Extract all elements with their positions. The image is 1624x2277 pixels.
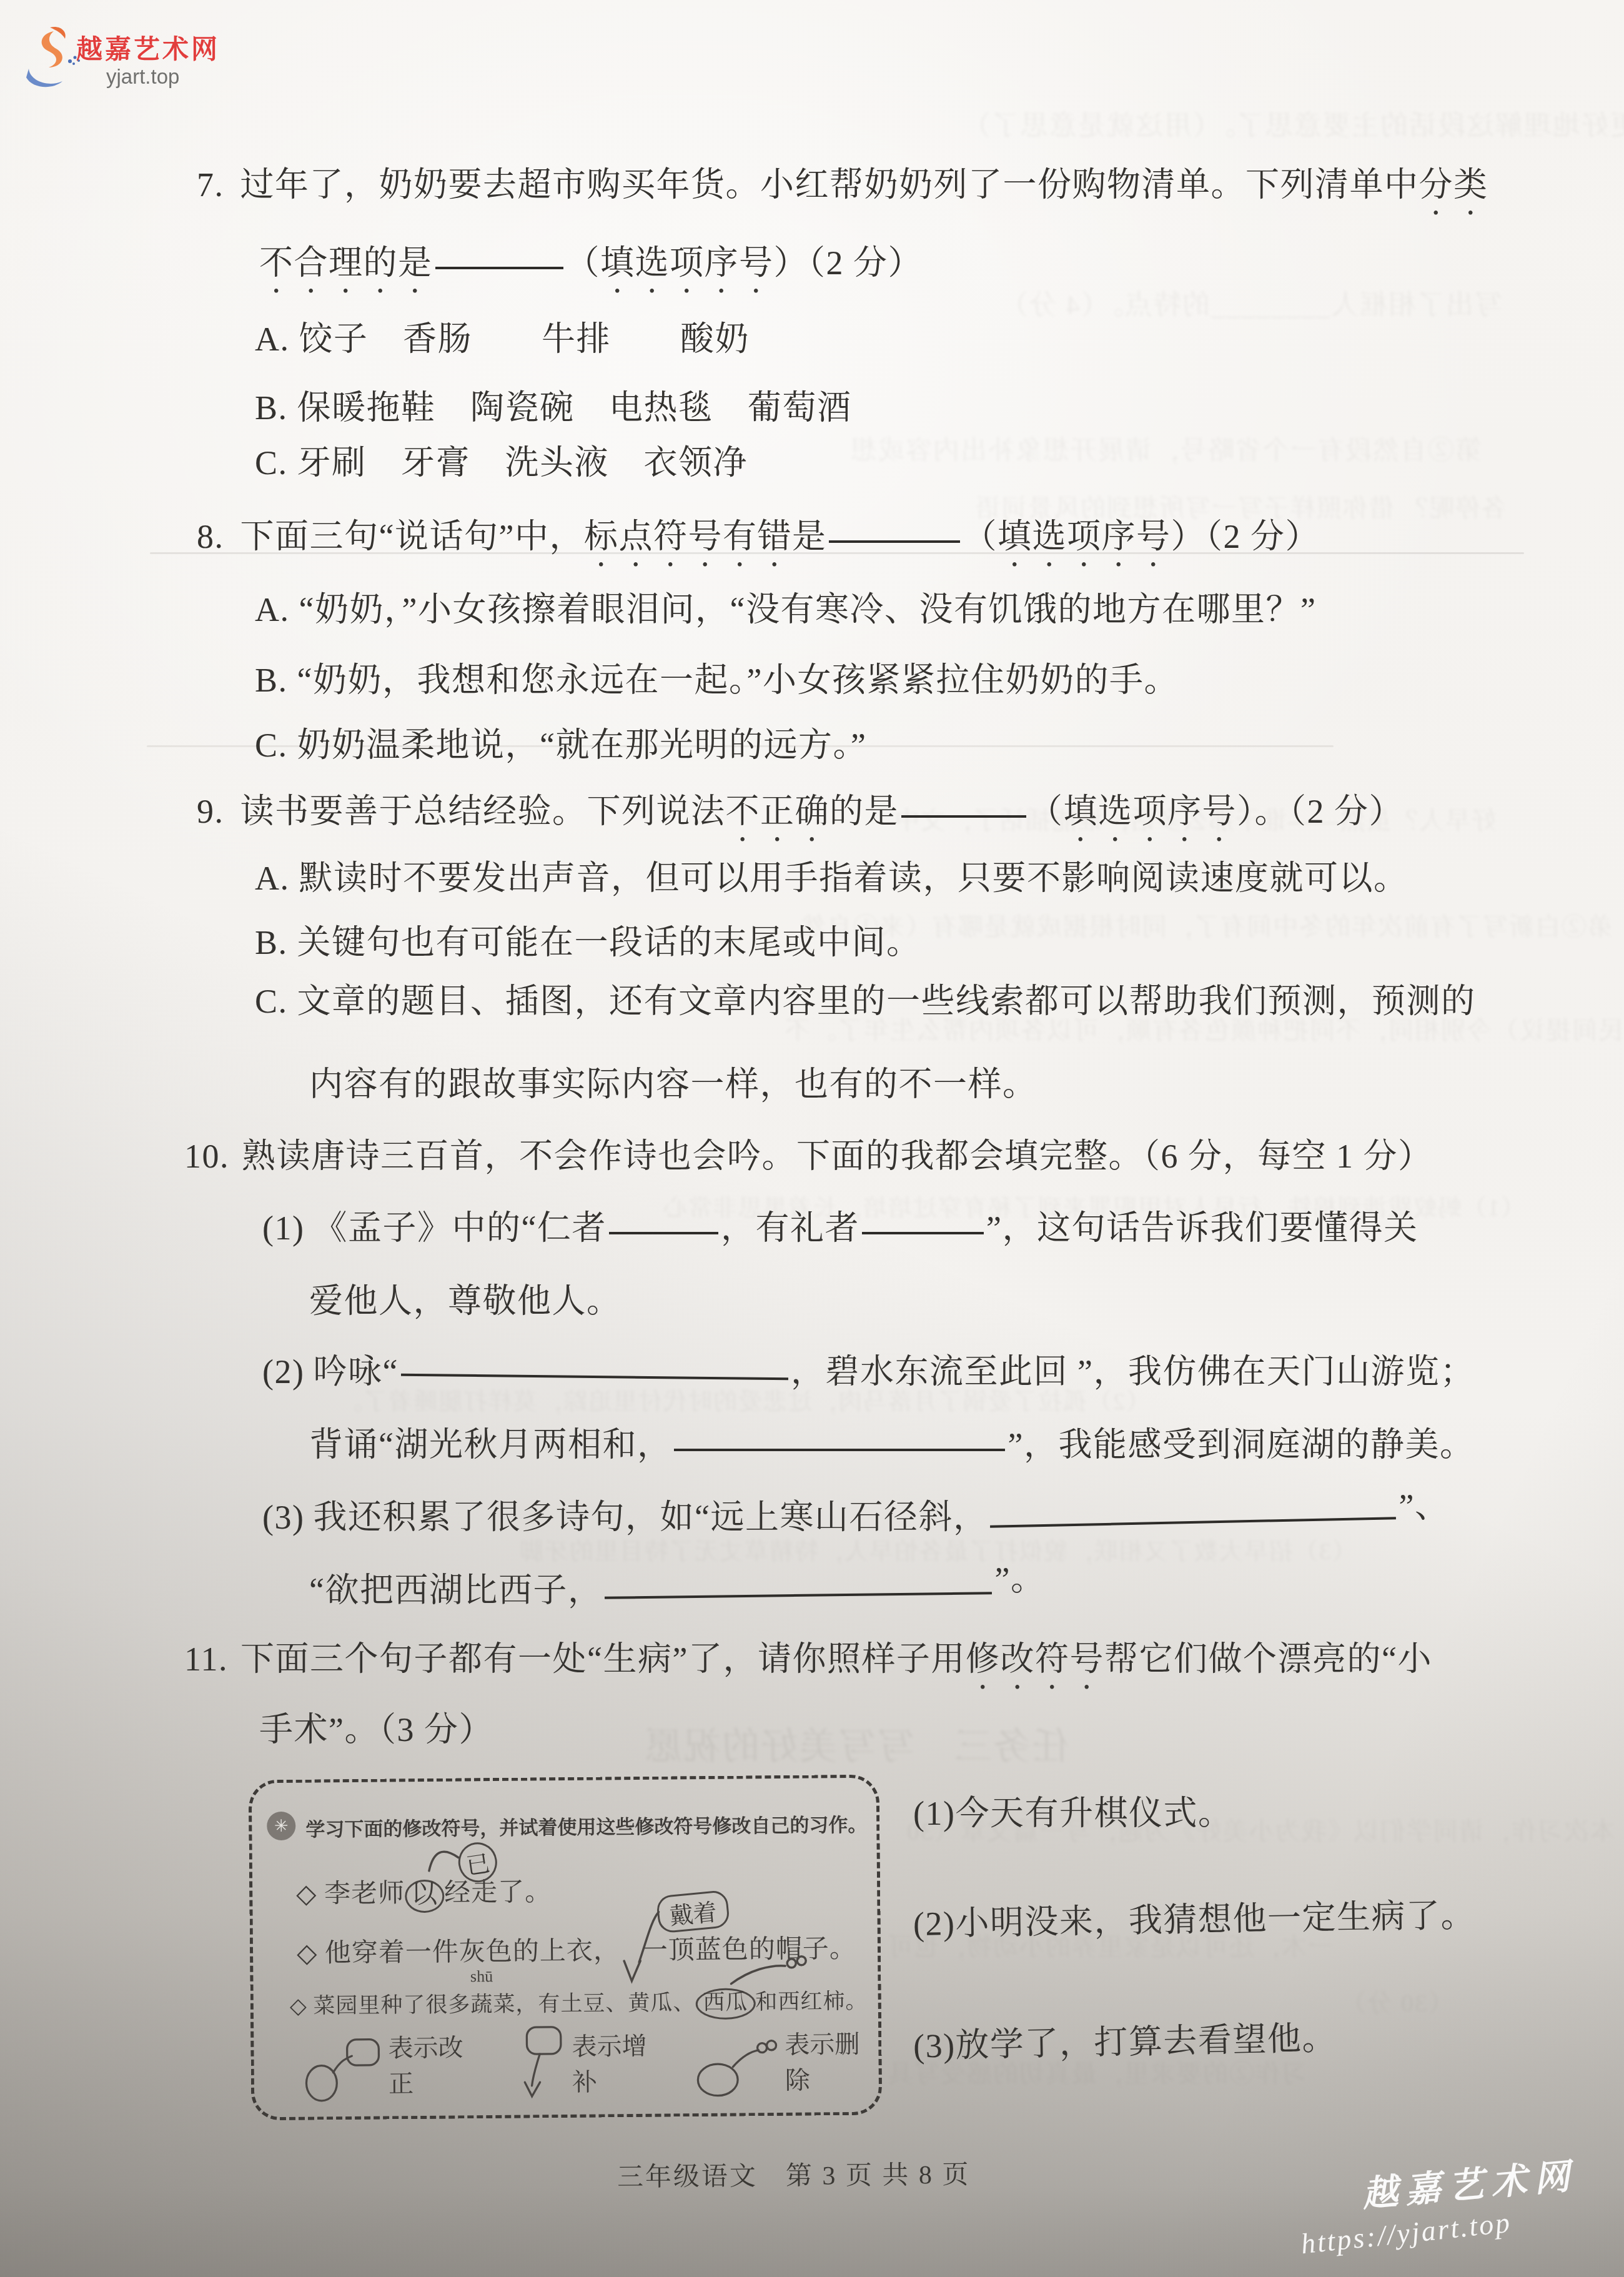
question-10-sub2-line1: (2)吟咏“，碧水东流至此回 ”，我仿佛在天门山游览； [262,1352,1475,1391]
note-badge-icon: ✳ [267,1812,295,1840]
text: ，有礼者 [721,1209,859,1247]
question-8-text: 下面三句“说话句”中， [240,518,584,555]
diamond-bullet-icon: ◇ [296,1880,317,1908]
paren: （ [1029,793,1064,830]
pinyin-annotation: shū [470,1967,493,1986]
question-9-text2: 的是 [829,793,899,830]
answer-blank [435,267,563,269]
question-10-number: 10. [184,1137,229,1176]
question-10-sub3-line2: “欲把西湖比西子，”。 [309,1571,1045,1610]
text: 菜，有土豆、黄瓜、 [493,1990,695,2017]
answer-blank [829,540,960,543]
paren: （ [963,518,998,555]
question-10-title: 10.熟读唐诗三百首，不会作诗也会吟。下面的我都会填完整。（6 分，每空 1 分… [184,1137,1433,1176]
box-example-correction: ◇ 李老师以经走了。 [296,1871,552,1913]
text: ”，这句话告诉我们要懂得关 [986,1209,1418,1247]
question-9-option-c-line2: 内容有的跟故事实际内容一样，也有的不一样。 [309,1065,1037,1104]
question-10-sub2-line2: 背诵“湖光秋月两相和，”，我能感受到洞庭湖的静美。 [309,1426,1474,1464]
question-8-option-b: B. “奶奶，我想和您永远在一起。”小女孩紧紧拉住奶奶的手。 [255,661,1179,700]
text: 《孟子》中的“仁者 [313,1209,606,1247]
fix-sentence-1: (1)今天有升棋仪式。 [913,1794,1232,1833]
question-8-number: 8. [197,517,224,556]
question-9-number: 9. [197,792,224,831]
text: 他穿着一件灰色的上衣， [325,1937,620,1968]
sub-number: (1) [262,1209,304,1248]
answer-blank [609,1232,718,1234]
fill-hint: 填选项序号 [1064,793,1237,830]
question-10-sub1-line2: 爱他人，尊敬他人。 [309,1282,621,1321]
question-9-emphasis: 不正确 [726,793,830,830]
exam-content: 7.过年了，奶奶要去超市购买年货。小红帮奶奶列了一份购物清单。下列清单中分类 不… [0,0,1624,2277]
text: 和西红柿。 [755,1989,868,2015]
question-8-text2: 是 [792,518,827,555]
legend-row: 表示改正 表示增补 [302,2017,879,2105]
legend-insertion: 表示增补 [509,2019,666,2103]
insertion-bubble: 戴着 [656,1890,730,1934]
text: 吟咏“ [313,1353,398,1391]
question-11-number: 11. [184,1640,228,1679]
question-9-line1: 9.读书要善于总结经验。下列说法不正确的是（填选项序号）。（2 分） [197,792,1404,849]
question-8-option-c: C. 奶奶温柔地说，“就在那光明的远方。” [255,726,866,765]
fill-hint: 填选项序号 [600,244,774,282]
text: 下面三个句子都有一处“生病”了，请你照样子用 [240,1640,966,1678]
diamond-bullet-icon: ◇ [290,1994,307,2018]
question-7-line2: 不合理的是（填选项序号）（2 分） [259,244,923,300]
text: ，碧水东流至此回 ”，我仿佛在天门山游览； [791,1353,1475,1391]
insertion-symbol-icon [509,2020,568,2103]
question-7-option-c: C. 牙刷 牙膏 洗头液 衣领净 [255,444,748,482]
question-8-line1: 8.下面三句“说话句”中，标点符号有错是（填选项序号）（2 分） [197,517,1320,574]
legend-label: 表示改正 [388,2028,482,2100]
fix-sentence-2: (2)小明没来，我猜想他一定生病了。 [913,1896,1476,1943]
score: ）（2 分） [774,244,923,282]
fill-hint: 填选项序号 [998,518,1171,555]
question-7-stem: 不合理的是 [259,244,433,282]
legend-deletion: 表示删除 [693,2025,879,2101]
sub-number: (3) [262,1498,304,1537]
question-11-line1: 11.下面三个句子都有一处“生病”了，请你照样子用修改符号帮它们做个漂亮的“小 [184,1640,1432,1697]
question-7-option-b: B. 保暖拖鞋 陶瓷碗 电热毯 葡萄酒 [255,389,852,427]
diamond-bullet-icon: ◇ [297,1939,318,1968]
text: ”。 [994,1560,1045,1598]
text: 经走了。 [444,1878,552,1907]
text: 李老师 [324,1879,405,1908]
paren: （ [566,244,601,282]
question-10-text: 熟读唐诗三百首，不会作诗也会吟。下面的我都会填完整。（6 分，每空 1 分） [242,1138,1433,1175]
text: 菜园里种了很多 [313,1992,470,2018]
answer-blank [901,815,1026,818]
question-9-option-b: B. 关键句也有可能在一段话的末尾或中间。 [255,923,921,962]
box-example-insertion: ◇ 他穿着一件灰色的上衣，一顶蓝色的帽子。 [297,1928,856,1970]
question-7-line1: 7.过年了，奶奶要去超市购买年货。小红帮奶奶列了一份购物清单。下列清单中分类 [197,166,1488,222]
question-11-emphasis: 修改符号 [966,1640,1104,1678]
answer-blank [674,1449,1005,1451]
box-header: 学习下面的修改符号，并试着使用这些修改符号修改自己的习作。 [305,1809,867,1842]
fix-sentence-3: (3)放学了，打算去看望他。 [913,2018,1337,2065]
legend-label: 表示增补 [572,2026,666,2098]
question-7-option-a: A. 饺子 香肠 牛排 酸奶 [255,320,750,359]
text: 背诵“湖光秋月两相和， [309,1426,671,1464]
text: 我还积累了很多诗句，如“远上寒山石径斜， [313,1499,988,1536]
question-9-option-c-line1: C. 文章的题目、插图，还有文章内容里的一些线索都可以帮助我们预测，预测的 [255,982,1476,1021]
answer-blank [401,1374,788,1380]
question-10-sub1-line1: (1)《孟子》中的“仁者，有礼者”，这句话告诉我们要懂得关 [262,1209,1418,1248]
question-7-emphasis: 分类 [1419,166,1488,204]
question-11-line2: 手术”。（3 分） [259,1710,493,1749]
answer-blank [862,1232,984,1234]
text: 一顶蓝色的帽子。 [641,1935,856,1965]
revision-symbols-box: ✳ 学习下面的修改符号，并试着使用这些修改符号修改自己的习作。 ◇ 李老师以经走… [249,1775,883,2121]
question-10-sub3-line1: (3)我还积累了很多诗句，如“远上寒山石径斜，”、 [262,1498,1449,1537]
char-with-pinyin: shū蔬 [470,1987,493,2018]
circled-wrong-char: 以 [405,1880,444,1913]
question-7-text: 过年了，奶奶要去超市购买年货。小红帮奶奶列了一份购物清单。下列清单中 [240,166,1419,204]
text: 帮它们做个漂亮的“小 [1104,1640,1432,1678]
text: “欲把西湖比西子， [309,1572,602,1609]
question-9-option-a: A. 默读时不要发出声音，但可以用手指着读，只要不影响阅读速度就可以。 [255,859,1409,898]
answer-blank [605,1592,992,1599]
text: 蔬 [470,1992,493,2017]
sub-number: (2) [262,1352,304,1391]
score: ）。（2 分） [1237,793,1404,830]
question-9-text: 读书要善于总结经验。下列说法 [240,793,726,830]
circled-deleted-word: 西瓜 [695,1988,755,2020]
text: ”，我能感受到洞庭湖的静美。 [1008,1426,1474,1464]
question-8-option-a: A. “奶奶，”小女孩擦着眼泪问，“没有寒冷、没有饥饿的地方在哪里？” [255,590,1316,629]
legend-correction: 表示改正 [302,2028,482,2105]
scanned-exam-page: 更好地理解这段话的主要意思了。（用这就是意思了） 写出了相框人________的… [0,0,1624,2277]
question-7-number: 7. [197,166,224,204]
correction-symbol-icon [302,2030,385,2105]
text: ”、 [1399,1487,1449,1525]
deletion-symbol-icon [693,2030,781,2101]
legend-label: 表示删除 [785,2025,879,2096]
score: ）（2 分） [1171,518,1320,555]
question-8-emphasis: 标点符号有错 [584,518,792,555]
page-footer: 三年级语文 第 3 页 共 8 页 [617,2154,971,2194]
answer-blank [990,1517,1396,1528]
